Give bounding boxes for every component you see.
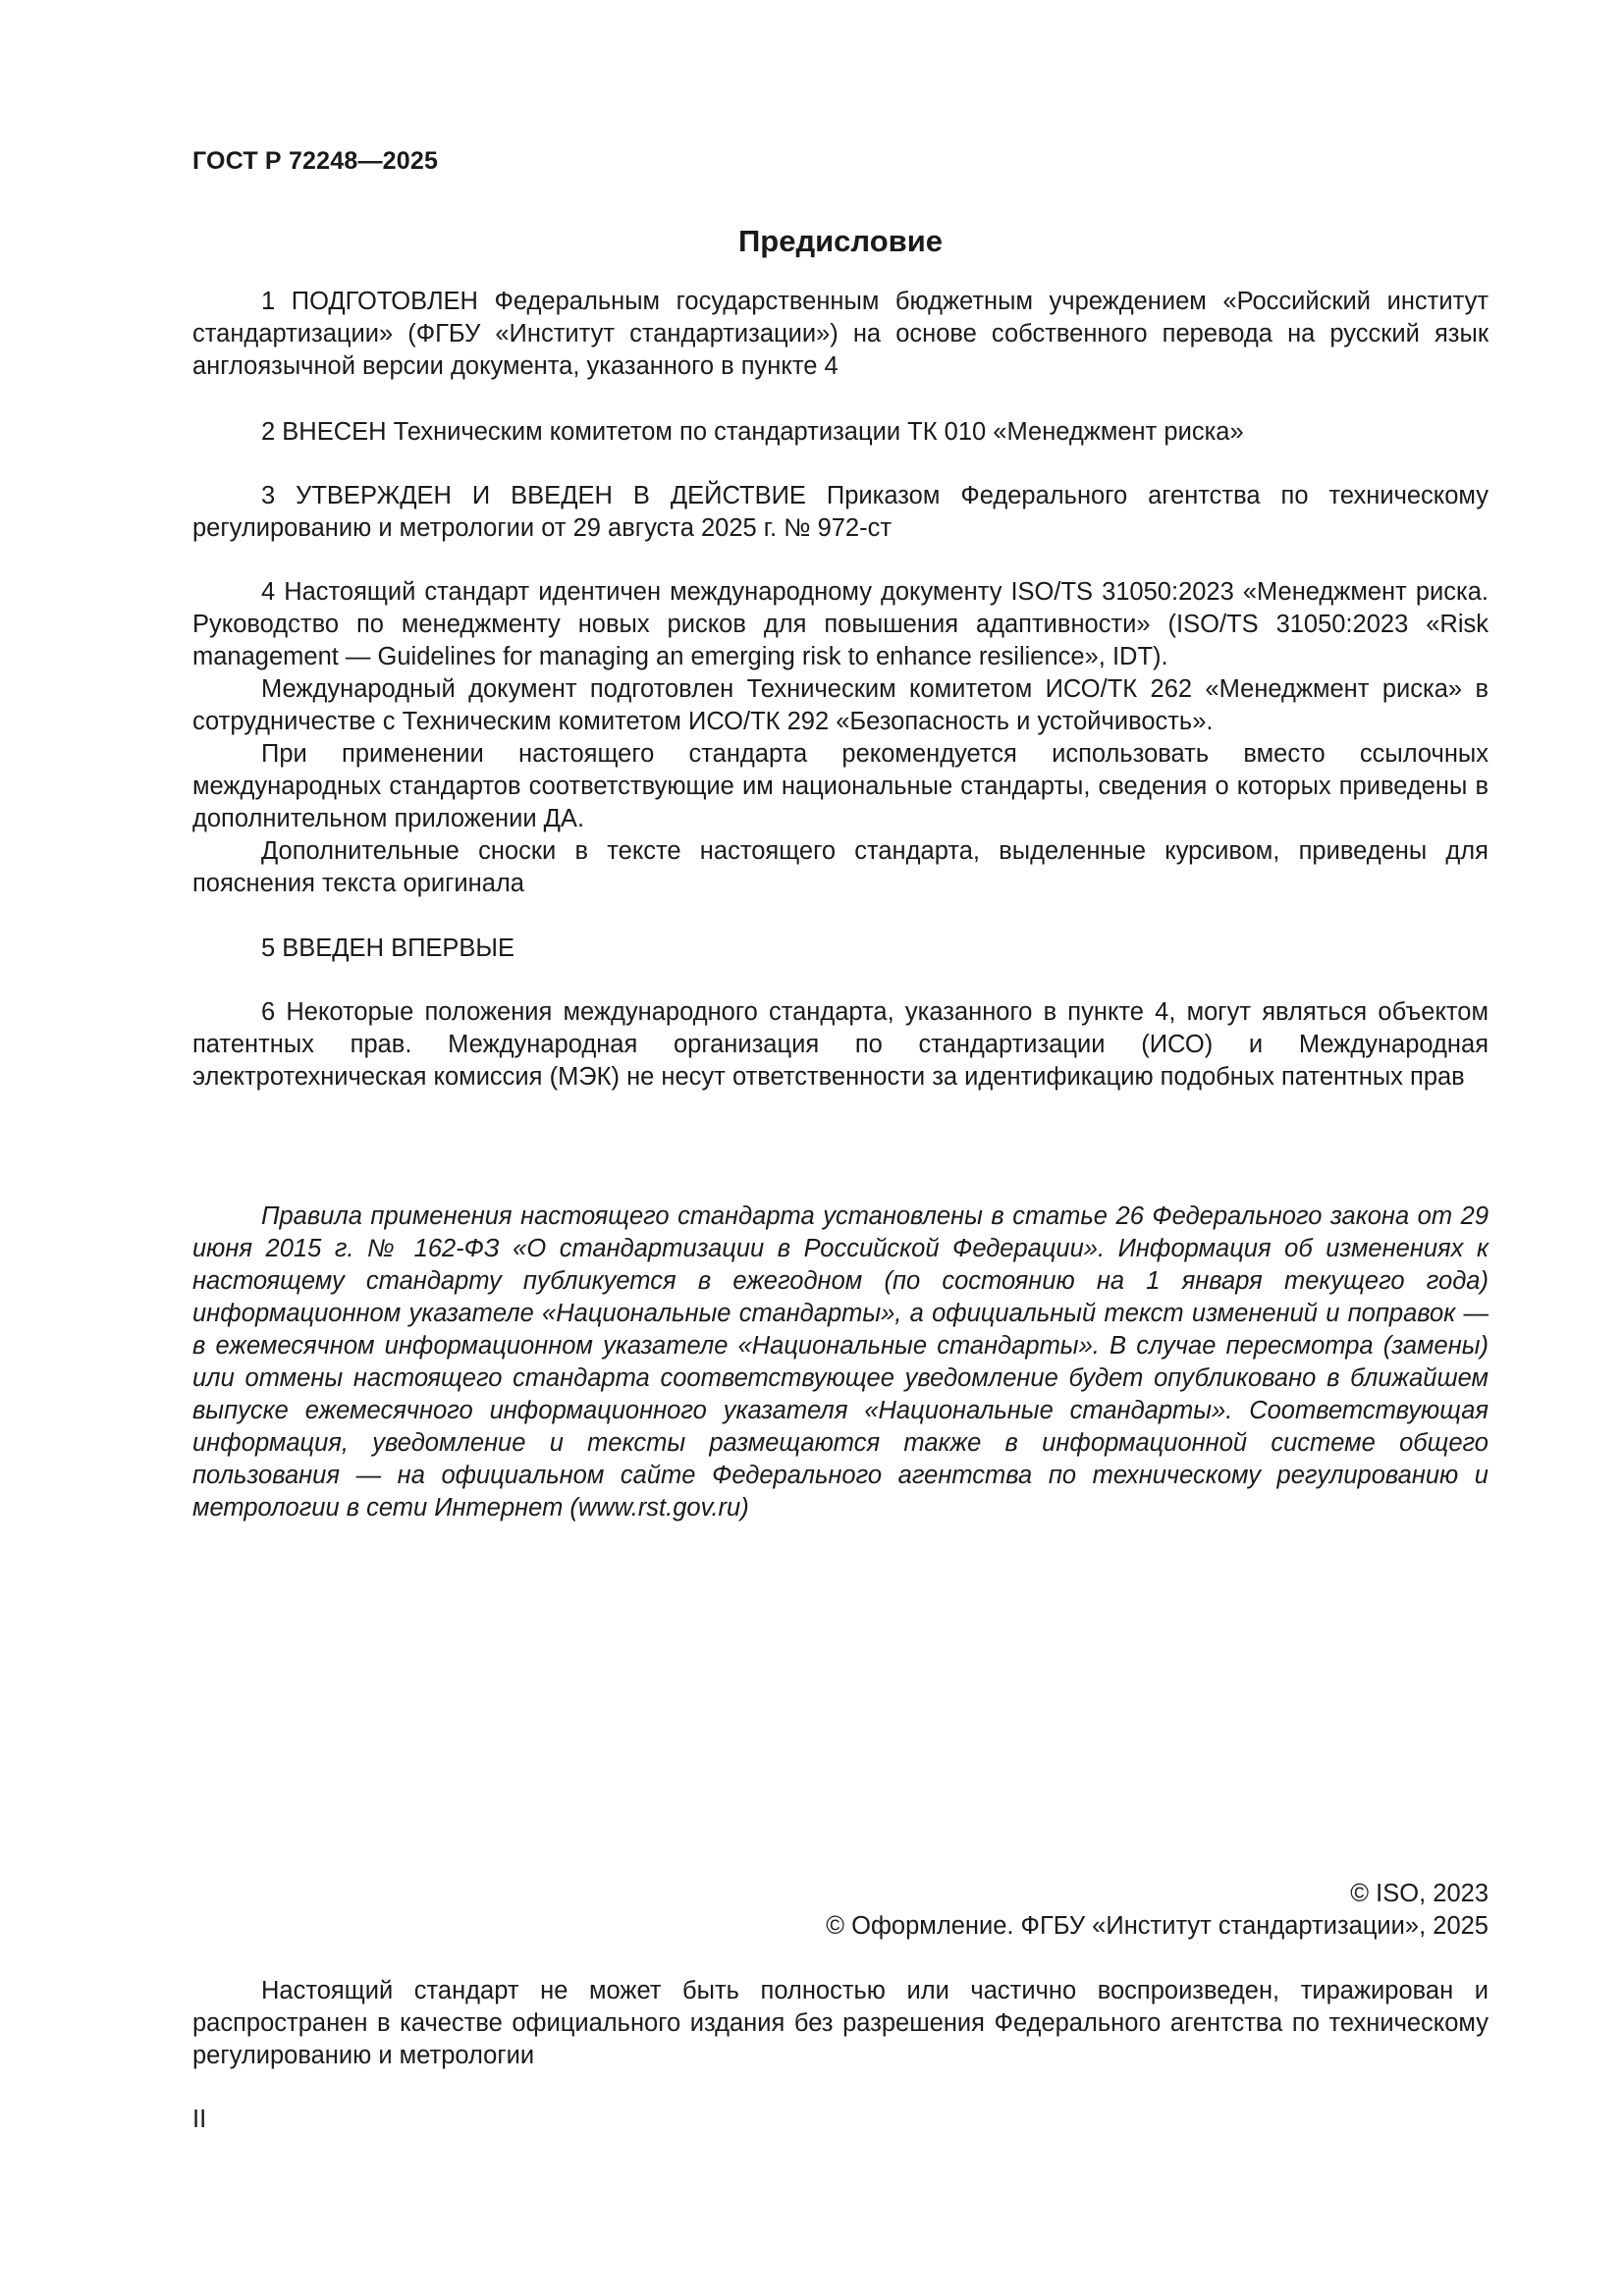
item-5-text: 5 ВВЕДЕН ВПЕРВЫЕ xyxy=(192,933,1489,965)
item-1-text: 1 ПОДГОТОВЛЕН Федеральным государственны… xyxy=(192,286,1489,383)
notice-text: Правила применения настоящего стандарта … xyxy=(192,1201,1489,1524)
foreword-item-2: 2 ВНЕСЕН Техническим комитетом по станда… xyxy=(192,416,1489,449)
item-2-text: 2 ВНЕСЕН Техническим комитетом по станда… xyxy=(192,416,1489,449)
item-4-paragraph: Дополнительные сноски в тексте настоящег… xyxy=(192,835,1489,900)
foreword-item-4: 4 Настоящий стандарт идентичен междунаро… xyxy=(192,576,1489,900)
foreword-item-5: 5 ВВЕДЕН ВПЕРВЫЕ xyxy=(192,933,1489,965)
copyright-design: © Оформление. ФГБУ «Институт стандартиза… xyxy=(826,1910,1489,1943)
reproduction-notice: Настоящий стандарт не может быть полност… xyxy=(192,1975,1489,2072)
foreword-item-3: 3 УТВЕРЖДЕН И ВВЕДЕН В ДЕЙСТВИЕ Приказом… xyxy=(192,480,1489,545)
page-title: Предисловие xyxy=(192,224,1489,259)
document-id-header: ГОСТ Р 72248—2025 xyxy=(192,147,438,176)
copyright-iso: © ISO, 2023 xyxy=(1350,1878,1489,1910)
item-4-paragraph: Международный документ подготовлен Техни… xyxy=(192,673,1489,738)
foreword-item-6: 6 Некоторые положения международного ста… xyxy=(192,996,1489,1094)
reproduction-text: Настоящий стандарт не может быть полност… xyxy=(192,1975,1489,2072)
page-number: II xyxy=(192,2106,206,2134)
item-3-text: 3 УТВЕРЖДЕН И ВВЕДЕН В ДЕЙСТВИЕ Приказом… xyxy=(192,480,1489,545)
application-rules-notice: Правила применения настоящего стандарта … xyxy=(192,1201,1489,1524)
item-6-text: 6 Некоторые положения международного ста… xyxy=(192,996,1489,1094)
item-4-paragraph: При применении настоящего стандарта реко… xyxy=(192,738,1489,835)
foreword-item-1: 1 ПОДГОТОВЛЕН Федеральным государственны… xyxy=(192,286,1489,383)
item-4-paragraph: 4 Настоящий стандарт идентичен междунаро… xyxy=(192,576,1489,673)
